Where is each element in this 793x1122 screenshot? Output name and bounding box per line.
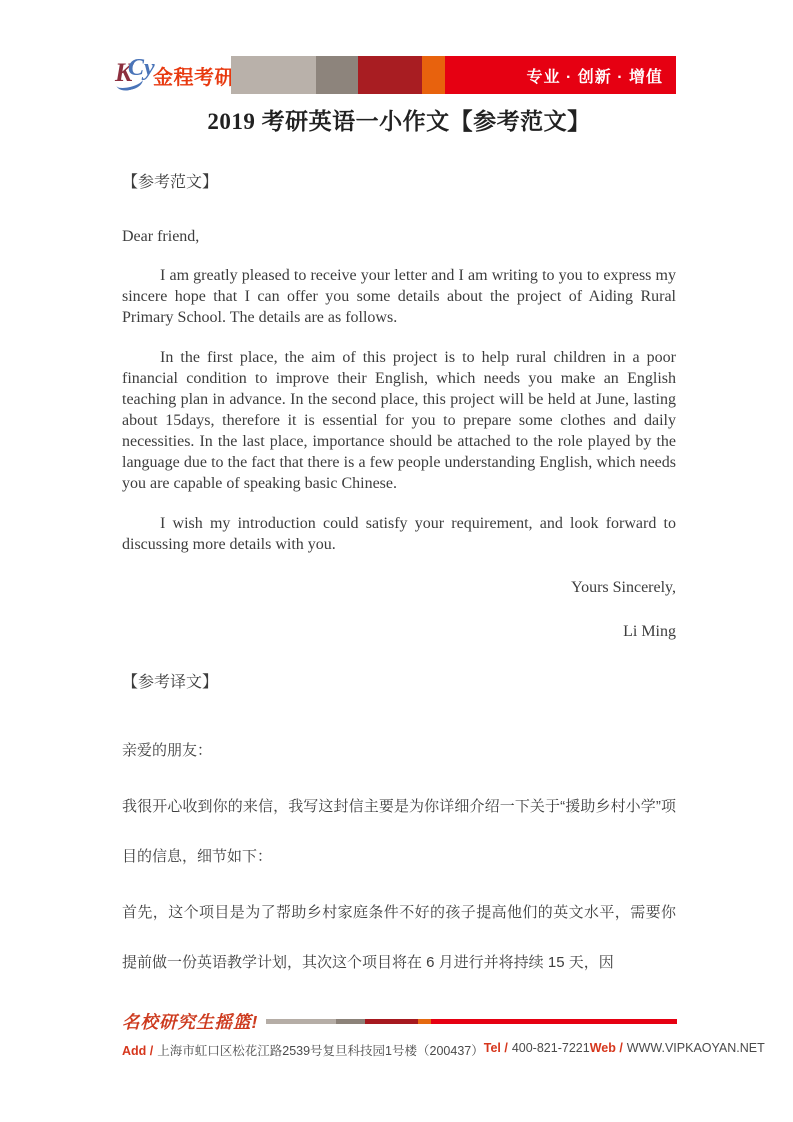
translation-label: 【参考译文】 <box>122 669 676 692</box>
address-value: 上海市虹口区松花江路2539号复旦科技园1号楼（200437） <box>157 1044 483 1058</box>
translation-paragraph-1: 我很开心收到你的来信，我写这封信主要是为你详细介绍一下关于“援助乡村小学”项目的… <box>122 782 676 882</box>
letter-paragraph-1: I am greatly pleased to receive your let… <box>122 265 676 328</box>
translation-salutation: 亲爱的朋友： <box>122 726 676 776</box>
tel-label: Tel / <box>484 1041 508 1055</box>
header-banner: 专业 · 创新 · 增值 <box>231 56 676 94</box>
banner-segment-mid-gray <box>316 56 359 94</box>
header: K Cy 金程考研 专业 · 创新 · 增值 <box>115 55 676 95</box>
footer-top: 名校研究生摇篮! <box>122 1008 740 1034</box>
footer-segment-mid-gray <box>336 1019 365 1024</box>
logo-brand-text: 金程考研 <box>153 61 235 90</box>
footer-address: Add /上海市虹口区松花江路2539号复旦科技园1号楼（200437） <box>122 1041 484 1059</box>
banner-slogan: 专业 · 创新 · 增值 <box>527 64 663 87</box>
footer-segment-orange <box>418 1019 430 1024</box>
kcy-logo-icon: K Cy <box>115 55 151 95</box>
banner-segment-dark-red <box>358 56 422 94</box>
sample-essay-label: 【参考范文】 <box>122 169 676 192</box>
translation-paragraph-2: 首先，这个项目是为了帮助乡村家庭条件不好的孩子提高他们的英文水平，需要你提前做一… <box>122 888 676 988</box>
web-value: WWW.VIPKAOYAN.NET <box>627 1041 765 1055</box>
banner-segment-light-gray <box>231 56 316 94</box>
footer-tel: Tel /400-821-7221 <box>484 1041 590 1059</box>
banner-segment-orange <box>422 56 445 94</box>
address-label: Add / <box>122 1044 153 1058</box>
tel-value: 400-821-7221 <box>512 1041 590 1055</box>
translation-block: 亲爱的朋友： 我很开心收到你的来信，我写这封信主要是为你详细介绍一下关于“援助乡… <box>122 726 676 988</box>
document-content: 2019 考研英语一小作文【参考范文】 【参考范文】 Dear friend, … <box>122 103 676 988</box>
footer-web: Web /WWW.VIPKAOYAN.NET <box>590 1041 765 1059</box>
letter-paragraph-3: I wish my introduction could satisfy you… <box>122 513 676 555</box>
banner-segment-red: 专业 · 创新 · 增值 <box>445 56 676 94</box>
footer-divider <box>266 1019 677 1024</box>
letter-closing: Yours Sincerely, <box>122 579 676 597</box>
footer-segment-light-gray <box>266 1019 336 1024</box>
document-page: K Cy 金程考研 专业 · 创新 · 增值 2019 考研英语一小作文【参考范… <box>0 0 793 1122</box>
footer-segment-red <box>431 1019 677 1024</box>
letter-signature: Li Ming <box>122 623 676 641</box>
logo-mark-cy: Cy <box>128 55 155 82</box>
footer: 名校研究生摇篮! Add /上海市虹口区松花江路2539号复旦科技园1号楼（20… <box>122 1008 740 1059</box>
web-label: Web / <box>590 1041 623 1055</box>
footer-segment-dark-red <box>365 1019 418 1024</box>
letter-paragraph-2: In the first place, the aim of this proj… <box>122 347 676 494</box>
logo: K Cy 金程考研 <box>115 53 231 97</box>
letter-salutation: Dear friend, <box>122 228 676 246</box>
footer-slogan: 名校研究生摇篮! <box>122 1009 258 1034</box>
page-title: 2019 考研英语一小作文【参考范文】 <box>122 103 676 136</box>
footer-info: Add /上海市虹口区松花江路2539号复旦科技园1号楼（200437） Tel… <box>122 1041 740 1059</box>
